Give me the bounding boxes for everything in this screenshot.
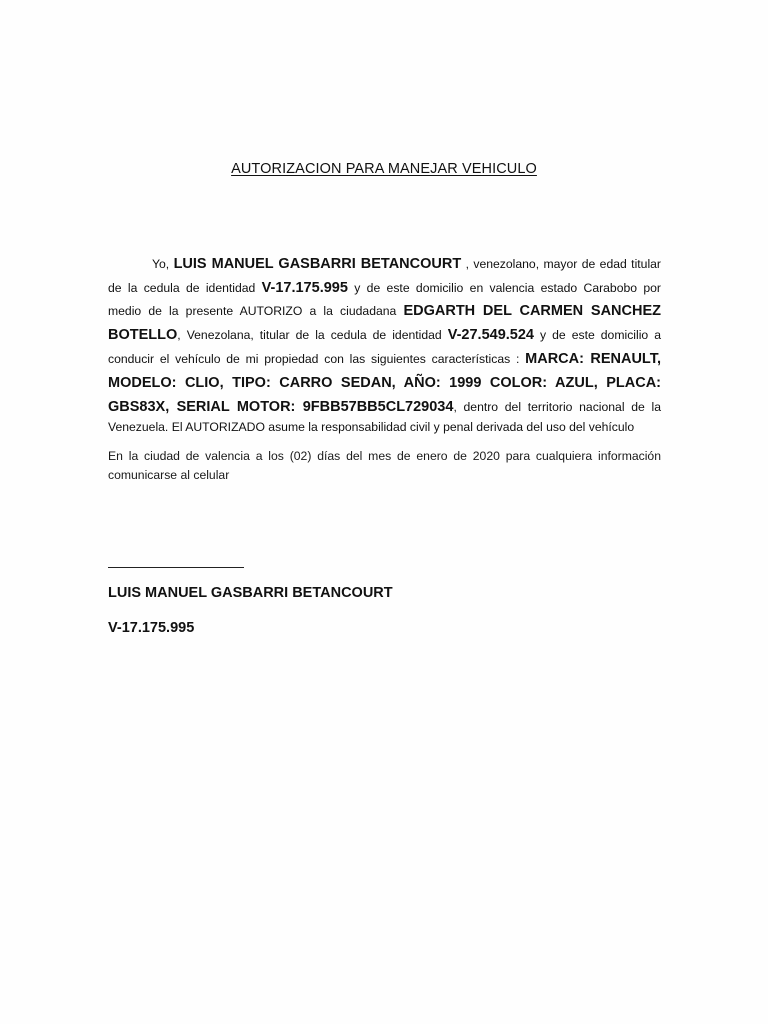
paragraph-line: GBS83X, SERIAL MOTOR: 9FBB57BB5CL729034,… xyxy=(108,399,661,415)
paragraph-line: conducir el vehículo de mi propiedad con… xyxy=(108,351,661,367)
paragraph-line: MODELO: CLIO, TIPO: CARRO SEDAN, AÑO: 19… xyxy=(108,375,661,391)
body-text: AUTORIZO xyxy=(240,304,303,318)
body-text: , Venezolana, titular de la cedula de id… xyxy=(177,328,447,342)
body-text: , dentro del territorio nacional de la xyxy=(453,400,661,414)
body-text: a la ciudadana xyxy=(302,304,403,318)
emphasized-text: V-27.549.524 xyxy=(448,327,534,343)
body-text: Venezuela. El AUTORIZADO asume la respon… xyxy=(108,420,634,434)
emphasized-text: GBS83X, SERIAL MOTOR: 9FBB57BB5CL729034 xyxy=(108,399,453,415)
paragraph-line: En la ciudad de valencia a los (02) días… xyxy=(108,449,661,463)
paragraph-line: BOTELLO, Venezolana, titular de la cedul… xyxy=(108,327,661,343)
body-text: , venezolano, mayor de edad titular xyxy=(461,257,661,271)
paragraph-line: de la cedula de identidad V-17.175.995 y… xyxy=(108,280,661,296)
signer-name: LUIS MANUEL GASBARRI BETANCOURT xyxy=(108,585,393,601)
signature-line xyxy=(108,567,244,568)
emphasized-text: MODELO: CLIO, TIPO: CARRO SEDAN, AÑO: 19… xyxy=(108,375,661,391)
emphasized-text: EDGARTH DEL CARMEN SANCHEZ xyxy=(403,303,661,319)
body-text: conducir el vehículo de mi propiedad con… xyxy=(108,352,525,366)
paragraph-line: medio de la presente AUTORIZO a la ciuda… xyxy=(108,303,661,319)
emphasized-text: MARCA: RENAULT, xyxy=(525,351,661,367)
paragraph-line: comunicarse al celular xyxy=(108,468,661,482)
document-title: AUTORIZACION PARA MANEJAR VEHICULO xyxy=(0,161,768,177)
body-text: de la cedula de identidad xyxy=(108,281,262,295)
emphasized-text: BOTELLO xyxy=(108,327,177,343)
paragraph-line: Venezuela. El AUTORIZADO asume la respon… xyxy=(108,420,661,434)
emphasized-text: LUIS MANUEL GASBARRI BETANCOURT xyxy=(174,256,462,272)
document-page: AUTORIZACION PARA MANEJAR VEHICULO Yo, L… xyxy=(0,0,768,1024)
body-text: Yo, xyxy=(152,257,174,271)
body-text: y de este domicilio a xyxy=(534,328,661,342)
emphasized-text: V-17.175.995 xyxy=(262,280,348,296)
signer-id: V-17.175.995 xyxy=(108,620,194,636)
paragraph-line: Yo, LUIS MANUEL GASBARRI BETANCOURT , ve… xyxy=(108,256,661,272)
body-text: medio de la presente xyxy=(108,304,240,318)
body-text: y de este domicilio en valencia estado C… xyxy=(348,281,661,295)
